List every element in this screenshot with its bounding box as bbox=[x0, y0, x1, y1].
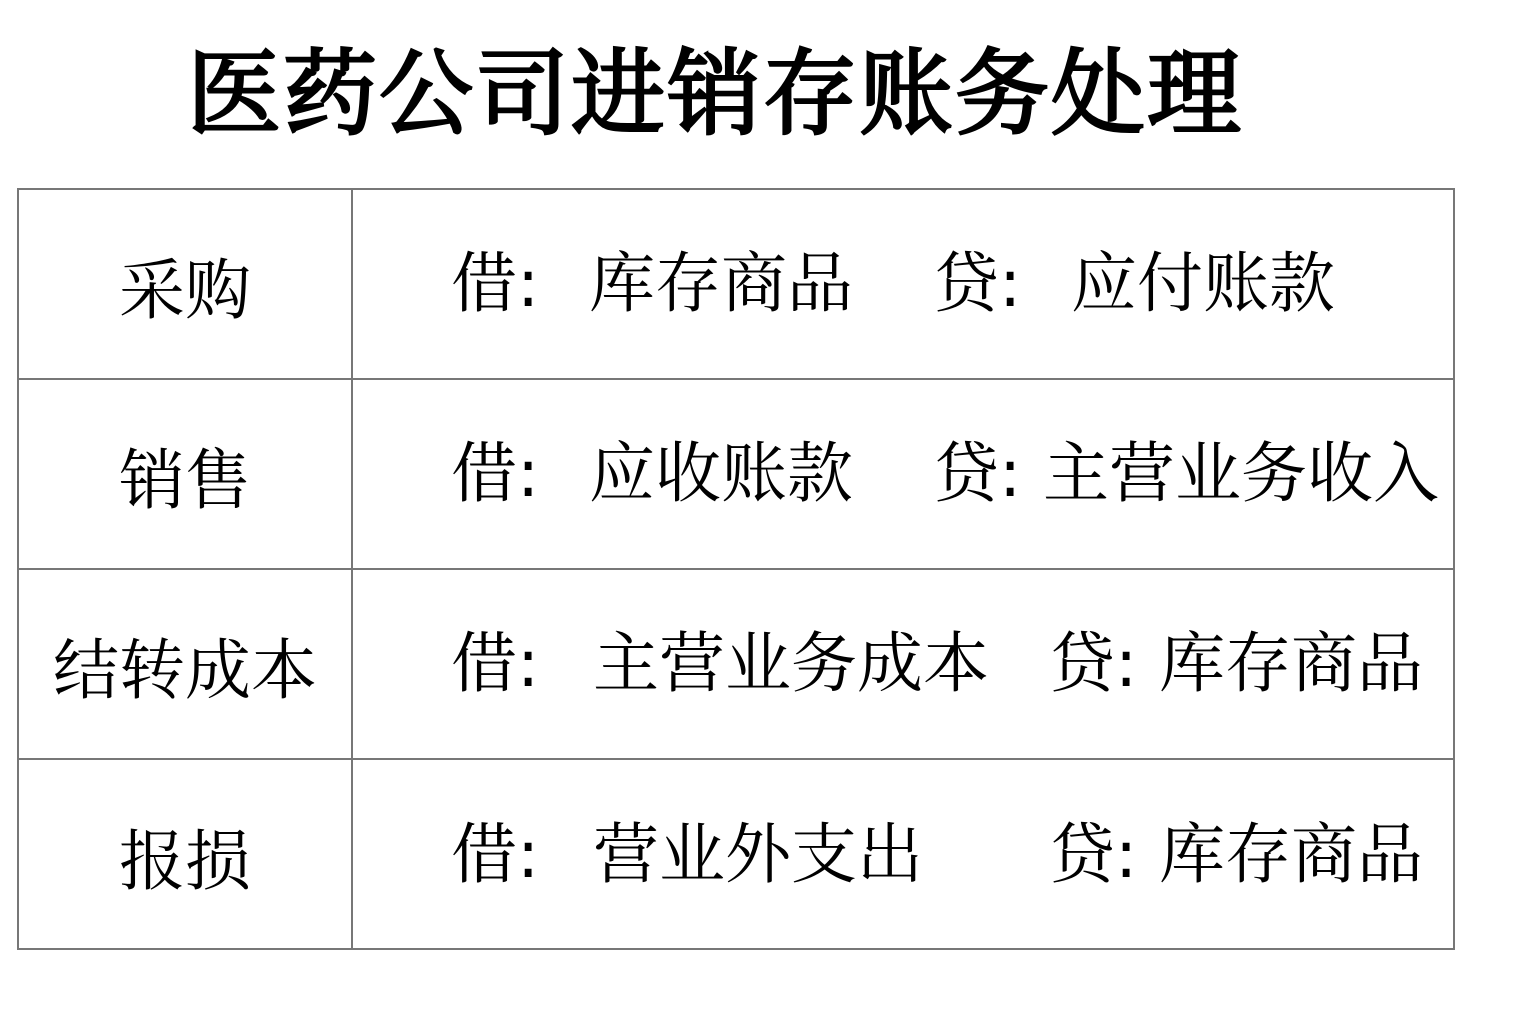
entry-cell: 借: 主营业务成本 贷: 库存商品 bbox=[353, 570, 1453, 758]
category-cell: 结转成本 bbox=[19, 570, 353, 758]
category-cell: 销售 bbox=[19, 380, 353, 568]
credit-account: 主营业务收入 bbox=[1043, 434, 1439, 514]
credit-account: 应付账款 bbox=[1071, 244, 1335, 324]
entry-cell: 借: 库存商品 贷: 应付账款 bbox=[353, 190, 1453, 378]
table-row: 报损 借: 营业外支出 贷: 库存商品 bbox=[19, 760, 1453, 950]
debit-account: 营业外支出 bbox=[593, 815, 923, 895]
table-row: 销售 借: 应收账款 贷: 主营业务收入 bbox=[19, 380, 1453, 570]
debit-label: 借: bbox=[451, 624, 539, 704]
credit-label: 贷: bbox=[933, 244, 1021, 324]
category-cell: 报损 bbox=[19, 760, 353, 950]
debit-label: 借: bbox=[451, 244, 539, 324]
page-title: 医药公司进销存账务处理 bbox=[0, 40, 1430, 150]
credit-label: 贷: bbox=[933, 434, 1021, 514]
category-cell: 采购 bbox=[19, 190, 353, 378]
table-row: 结转成本 借: 主营业务成本 贷: 库存商品 bbox=[19, 570, 1453, 760]
journal-entry-table: 采购 借: 库存商品 贷: 应付账款 销售 借: 应收账款 贷: 主营业务收入 … bbox=[17, 188, 1455, 950]
debit-account: 应收账款 bbox=[589, 434, 853, 514]
table-row: 采购 借: 库存商品 贷: 应付账款 bbox=[19, 190, 1453, 380]
credit-label: 贷: bbox=[1049, 815, 1137, 895]
entry-cell: 借: 营业外支出 贷: 库存商品 bbox=[353, 760, 1453, 950]
credit-label: 贷: bbox=[1049, 624, 1137, 704]
credit-account: 库存商品 bbox=[1159, 624, 1423, 704]
debit-label: 借: bbox=[451, 815, 539, 895]
credit-account: 库存商品 bbox=[1159, 815, 1423, 895]
debit-account: 主营业务成本 bbox=[593, 624, 989, 704]
debit-account: 库存商品 bbox=[589, 244, 853, 324]
entry-cell: 借: 应收账款 贷: 主营业务收入 bbox=[353, 380, 1453, 568]
debit-label: 借: bbox=[451, 434, 539, 514]
